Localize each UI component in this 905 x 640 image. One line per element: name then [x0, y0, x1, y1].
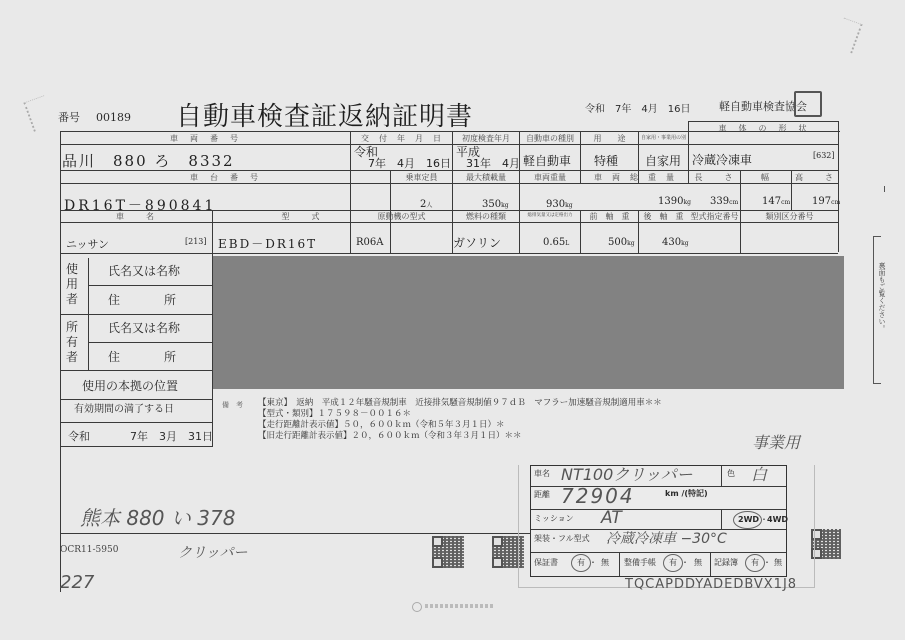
- header-rear-axle: 後 軸 重: [639, 213, 688, 221]
- card-tape-edge: [518, 465, 815, 588]
- vehicle-weight-number: 930: [546, 199, 565, 210]
- user-address-label: 住 所: [108, 294, 178, 306]
- body-shape-value: 冷蔵冷凍車: [692, 154, 752, 166]
- dim-unit: cm: [831, 199, 840, 206]
- remarks-line: 【東京】 返納 平成１２年騒音規制車 近接排気騒音規制値９７ｄＢ マフラー加速騒…: [258, 398, 662, 409]
- vehicle-type-value: 軽自動車: [523, 155, 571, 167]
- body-shape-code: [632]: [813, 152, 835, 160]
- owner-name-label: 氏名又は名称: [108, 322, 180, 334]
- footer-faint-text: [425, 604, 495, 608]
- model-value: EBD－DR16T: [218, 238, 317, 250]
- length-number: 339: [710, 196, 729, 207]
- rear-axle-number: 430: [662, 237, 681, 248]
- weight-unit: kg: [681, 240, 688, 247]
- registration-number-value: 品川 880 ろ 8332: [62, 154, 235, 169]
- weight-unit: kg: [683, 199, 690, 206]
- location-label: 使用の本拠の位置: [82, 380, 178, 392]
- header-gross-weight: 車 両 総 重 量: [581, 174, 688, 182]
- issuer-seal: [794, 91, 822, 117]
- qr-code-3: [811, 529, 841, 559]
- header-body-shape: 車 体 の 形 状: [689, 125, 838, 133]
- header-vehicle-type: 自動車の種別: [520, 135, 580, 143]
- vehicle-weight-value: 930kg: [546, 200, 573, 210]
- handwritten-model-note: クリッパー: [178, 546, 247, 560]
- header-first-registration: 初度検査年月: [453, 135, 519, 143]
- header-category-number: 類別区分番号: [741, 213, 838, 221]
- header-length: 長 さ: [689, 174, 740, 182]
- header-private-business: 自家用・事業用の別: [639, 136, 688, 141]
- usage-value: 特種: [594, 155, 618, 167]
- weight-unit: kg: [501, 202, 508, 209]
- header-issue-date: 交 付 年 月 日: [351, 135, 452, 143]
- remarks-line: 【旧走行距離計表示値】２０，６００ｋｍ（令和３年３月１日）＊＊: [258, 431, 662, 442]
- document-number-label: 番号: [58, 112, 80, 123]
- weight-unit: kg: [565, 202, 572, 209]
- footer-logo-icon: [412, 602, 422, 612]
- car-name-code: [213]: [185, 238, 207, 246]
- document-issue-date: 令和 7年 4月 16日: [585, 105, 690, 115]
- width-value: 147cm: [762, 197, 790, 207]
- width-number: 147: [762, 196, 781, 207]
- engine-model-value: R06A: [356, 238, 383, 248]
- handwritten-number-note: 227: [60, 574, 94, 592]
- scan-speckle-left: [23, 95, 54, 132]
- expiry-label: 有効期間の満了する日: [74, 405, 174, 415]
- gross-weight-value: 1390kg: [658, 197, 691, 207]
- capacity-unit: 人: [426, 202, 432, 209]
- header-registration-number: 車 両 番 号: [60, 135, 350, 143]
- remarks-line: 【型式・類別】１７５９８－００１６＊: [258, 409, 662, 420]
- height-number: 197: [812, 196, 831, 207]
- first-registration-value: 31年 4月: [466, 158, 520, 169]
- remarks-text: 【東京】 返納 平成１２年騒音規制車 近接排気騒音規制値９７ｄＢ マフラー加速騒…: [258, 398, 662, 442]
- max-load-number: 350: [482, 199, 501, 210]
- handwritten-business-note: 事業用: [752, 435, 800, 451]
- owner-address-label: 住 所: [108, 351, 178, 363]
- displacement-number: 0.65: [543, 237, 565, 248]
- scan-mark: [884, 186, 885, 192]
- front-axle-value: 500kg: [608, 238, 635, 248]
- chassis-number-value: DR16T－890841: [64, 199, 216, 213]
- remarks-label: 備 考: [222, 402, 243, 409]
- length-value: 339cm: [710, 197, 738, 207]
- fuel-type-value: ガソリン: [453, 237, 501, 249]
- qr-code-1: [432, 536, 464, 568]
- document-number: 00189: [96, 112, 131, 123]
- dim-unit: cm: [729, 199, 738, 206]
- handwritten-plate: 熊本 880 い 378: [80, 508, 235, 528]
- document-title: 自動車検査証返納証明書: [176, 104, 473, 130]
- owner-label: 所有者: [66, 320, 80, 365]
- private-business-value: 自家用: [645, 155, 681, 167]
- header-height: 高 さ: [792, 174, 838, 182]
- header-front-axle: 前 軸 重: [581, 213, 638, 221]
- weight-unit: kg: [627, 240, 634, 247]
- remarks-line: 【走行距離計表示値】５０，６００ｋｍ（令和５年３月１日）＊: [258, 420, 662, 431]
- rear-axle-value: 430kg: [662, 238, 689, 248]
- header-displacement: 総排気量又は定格出力: [520, 214, 580, 219]
- dim-unit: cm: [781, 199, 790, 206]
- handwritten-serial: TQCAPDDYADEDBVX1J8: [625, 578, 797, 591]
- expiry-date: 7年 3月 31日: [130, 431, 213, 442]
- max-load-value: 350kg: [482, 200, 509, 210]
- user-name-label: 氏名又は名称: [108, 265, 180, 277]
- header-chassis-number: 車 台 番 号: [60, 174, 390, 182]
- height-value: 197cm: [812, 197, 840, 207]
- displacement-value: 0.65L: [543, 238, 569, 248]
- header-max-load: 最大積載量: [453, 174, 519, 182]
- header-capacity: 乗車定員: [391, 174, 452, 182]
- expiry-era: 令和: [68, 431, 90, 442]
- header-engine-model: 原動機の型式: [351, 213, 452, 221]
- header-vehicle-weight: 車両重量: [520, 174, 580, 182]
- form-code: OCR11-5950: [60, 546, 118, 555]
- front-axle-number: 500: [608, 237, 627, 248]
- side-note: 裏面もご覧ください。: [878, 262, 885, 332]
- header-usage: 用 途: [581, 135, 638, 143]
- capacity-value: 2人: [420, 200, 432, 210]
- user-label: 使用者: [66, 262, 80, 307]
- gross-weight-number: 1390: [658, 196, 683, 207]
- car-name-value: ニッサン: [66, 239, 109, 250]
- header-fuel-type: 燃料の種類: [453, 213, 519, 221]
- redacted-personal-info: [213, 256, 844, 389]
- header-type-designation: 型式指定番号: [689, 213, 740, 221]
- issue-date-value: 7年 4月 16日: [368, 158, 451, 169]
- scan-speckle-right: [833, 18, 862, 54]
- header-width: 幅: [741, 174, 791, 182]
- header-car-name: 車 名: [60, 213, 212, 221]
- displacement-unit: L: [565, 240, 569, 247]
